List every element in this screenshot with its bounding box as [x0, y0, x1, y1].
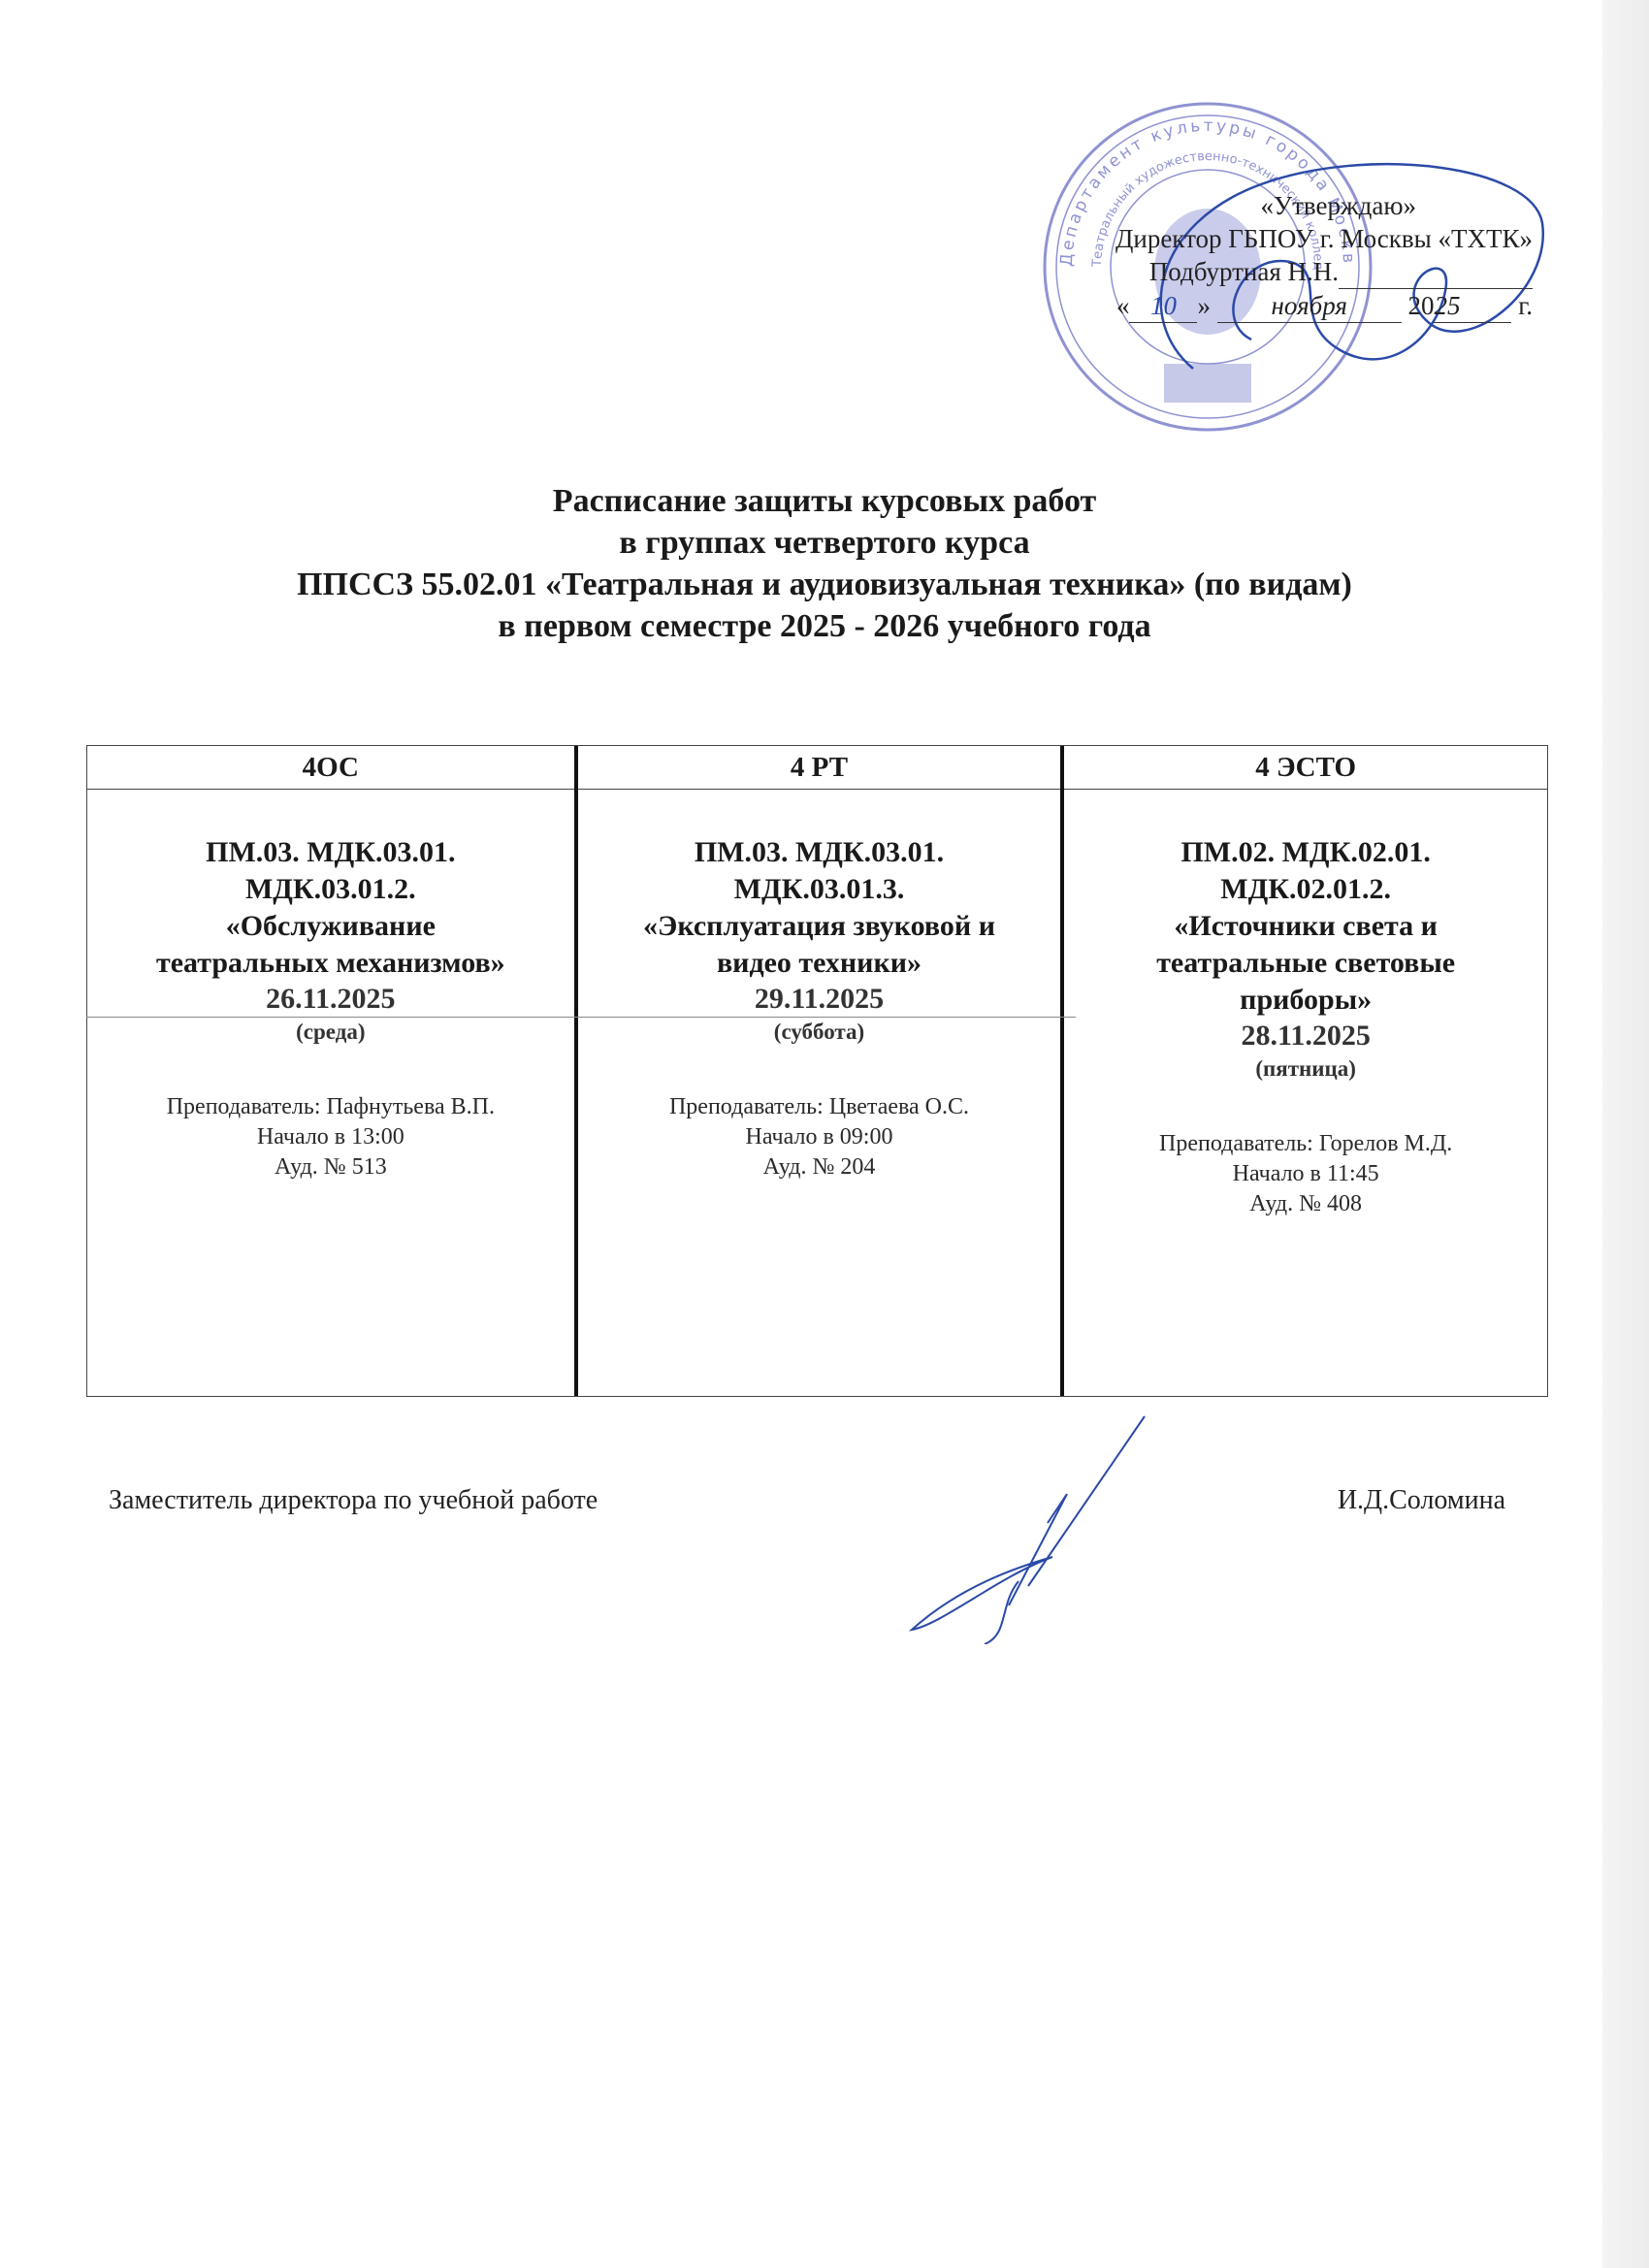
approval-date-month: ноября: [1217, 289, 1402, 323]
approval-label: «Утверждаю»: [970, 189, 1416, 222]
scan-fold-line: [86, 1017, 1076, 1018]
module-line: ПМ.02. МДК.02.01.: [1064, 834, 1547, 871]
schedule-cell: ПМ.03. МДК.03.01.МДК.03.01.2.«Обслуживан…: [87, 790, 574, 1183]
module-line: «Источники света и: [1064, 908, 1547, 945]
module-title: ПМ.03. МДК.03.01.МДК.03.01.3.«Эксплуатац…: [578, 834, 1061, 982]
module-line: ПМ.03. МДК.03.01.: [578, 834, 1061, 871]
module-line: видео техники»: [578, 945, 1061, 982]
group-header: 4ОС: [87, 746, 574, 790]
defense-date: 28.11.2025: [1064, 1019, 1547, 1053]
approval-date-line: «10» ноября 2025 г.: [970, 289, 1533, 323]
teacher: Преподаватель: Горелов М.Д.: [1064, 1129, 1547, 1159]
module-line: МДК.02.01.2.: [1064, 871, 1547, 908]
approval-date-year: 25: [1434, 289, 1511, 323]
start-time: Начало в 11:45: [1064, 1159, 1547, 1189]
defense-weekday: (среда): [87, 1017, 574, 1048]
group-header: 4 РТ: [578, 746, 1061, 790]
group-header: 4 ЭСТО: [1064, 746, 1547, 790]
module-line: «Обслуживание: [87, 908, 574, 945]
module-title: ПМ.02. МДК.02.01.МДК.02.01.2.«Источники …: [1064, 834, 1547, 1019]
start-time: Начало в 13:00: [87, 1122, 574, 1152]
approval-block: «Утверждаю» Директор ГБПОУ г. Москвы «ТХ…: [970, 189, 1533, 323]
defense-info: Преподаватель: Цветаева О.С. Начало в 09…: [578, 1092, 1061, 1183]
deputy-signature-icon: [854, 1411, 1203, 1644]
title-line-2: в группах четвертого курса: [0, 522, 1649, 564]
defense-info: Преподаватель: Пафнутьева В.П. Начало в …: [87, 1092, 574, 1183]
signature-blank: [1339, 255, 1533, 289]
scan-edge: [1602, 0, 1649, 2268]
title-line-4: в первом семестре 2025 - 2026 учебного г…: [0, 605, 1649, 647]
module-line: театральных механизмов»: [87, 945, 574, 982]
module-line: «Эксплуатация звуковой и: [578, 908, 1061, 945]
schedule-column: 4 ЭСТО ПМ.02. МДК.02.01.МДК.02.01.2.«Ист…: [1060, 746, 1547, 1396]
schedule-cell: ПМ.03. МДК.03.01.МДК.03.01.3.«Эксплуатац…: [578, 790, 1061, 1183]
module-line: МДК.03.01.2.: [87, 871, 574, 908]
room: Ауд. № 513: [87, 1152, 574, 1183]
approval-date-year-prefix: 20: [1407, 291, 1434, 320]
module-line: ПМ.03. МДК.03.01.: [87, 834, 574, 871]
approval-director-name: Подбуртная Н.Н.: [1149, 257, 1339, 286]
defense-weekday: (пятница): [1064, 1053, 1547, 1085]
module-title: ПМ.03. МДК.03.01.МДК.03.01.2.«Обслуживан…: [87, 834, 574, 982]
approval-director-name-line: Подбуртная Н.Н.: [970, 255, 1533, 289]
title-line-3: ППССЗ 55.02.01 «Театральная и аудиовизуа…: [0, 564, 1649, 605]
defense-date: 26.11.2025: [87, 982, 574, 1017]
module-line: приборы»: [1064, 982, 1547, 1019]
footer-role: Заместитель директора по учебной работе: [109, 1484, 598, 1517]
defense-info: Преподаватель: Горелов М.Д. Начало в 11:…: [1064, 1129, 1547, 1219]
page-title: Расписание защиты курсовых работ в групп…: [0, 480, 1649, 647]
module-line: МДК.03.01.3.: [578, 871, 1061, 908]
defense-date: 29.11.2025: [578, 982, 1061, 1017]
room: Ауд. № 408: [1064, 1189, 1547, 1219]
footer-name: И.Д.Соломина: [1338, 1484, 1505, 1517]
teacher: Преподаватель: Пафнутьева В.П.: [87, 1092, 574, 1122]
schedule-table: 4ОС ПМ.03. МДК.03.01.МДК.03.01.2.«Обслуж…: [86, 745, 1548, 1397]
module-line: театральные световые: [1064, 945, 1547, 982]
approval-director-line: Директор ГБПОУ г. Москвы «ТХТК»: [970, 222, 1533, 255]
defense-weekday: (суббота): [578, 1017, 1061, 1048]
approval-date-year-label: г.: [1518, 291, 1533, 320]
schedule-column: 4 РТ ПМ.03. МДК.03.01.МДК.03.01.3.«Экспл…: [574, 746, 1061, 1396]
start-time: Начало в 09:00: [578, 1122, 1061, 1152]
teacher: Преподаватель: Цветаева О.С.: [578, 1092, 1061, 1122]
schedule-cell: ПМ.02. МДК.02.01.МДК.02.01.2.«Источники …: [1064, 790, 1547, 1219]
room: Ауд. № 204: [578, 1152, 1061, 1183]
approval-date-day: 10: [1129, 289, 1197, 323]
title-line-1: Расписание защиты курсовых работ: [0, 480, 1649, 522]
schedule-column: 4ОС ПМ.03. МДК.03.01.МДК.03.01.2.«Обслуж…: [87, 746, 574, 1396]
